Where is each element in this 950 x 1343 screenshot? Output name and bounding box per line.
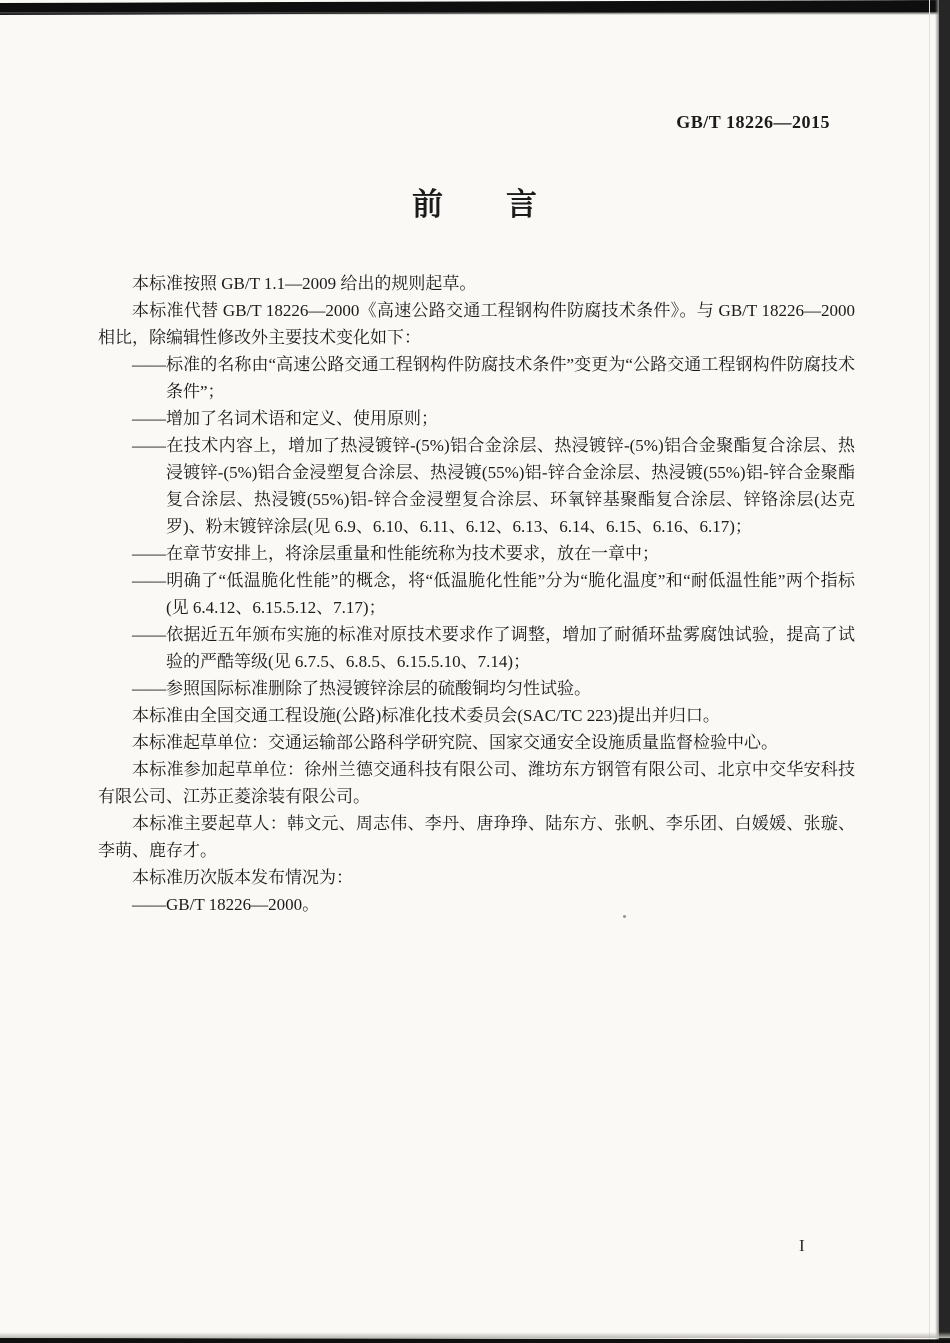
foreword-list-item: ——标准的名称由“高速公路交通工程钢构件防腐技术条件”变更为“公路交通工程钢构件… — [166, 351, 855, 405]
scan-edge-bottom-shadow — [0, 1332, 950, 1338]
foreword-paragraph: 本标准按照 GB/T 1.1—2009 给出的规则起草。 — [98, 270, 855, 297]
foreword-body: 本标准按照 GB/T 1.1—2009 给出的规则起草。本标准代替 GB/T 1… — [0, 270, 950, 918]
page-title-char-1: 前 — [412, 187, 444, 222]
foreword-paragraph: 本标准参加起草单位：徐州兰德交通科技有限公司、潍坊东方钢管有限公司、北京中交华安… — [98, 756, 855, 810]
standard-code: GB/T 18226—2015 — [0, 0, 950, 133]
foreword-list-item: ——在技术内容上，增加了热浸镀锌-(5%)铝合金涂层、热浸镀锌-(5%)铝合金聚… — [166, 432, 855, 540]
foreword-list-item: ——参照国际标准删除了热浸镀锌涂层的硫酸铜均匀性试验。 — [166, 675, 855, 702]
foreword-list-item: ——GB/T 18226—2000。 — [166, 891, 855, 918]
page-title: 前言 — [0, 179, 950, 224]
scan-edge-top-shadow — [0, 12, 950, 15]
foreword-paragraph: 本标准历次版本发布情况为： — [98, 864, 855, 891]
foreword-list-item: ——在章节安排上，将涂层重量和性能统称为技术要求，放在一章中； — [166, 540, 855, 567]
foreword-list-item: ——增加了名词术语和定义、使用原则； — [166, 405, 855, 432]
foreword-paragraph: 本标准起草单位：交通运输部公路科学研究院、国家交通安全设施质量监督检验中心。 — [98, 729, 855, 756]
document-page: GB/T 18226—2015 前言 本标准按照 GB/T 1.1—2009 给… — [0, 0, 950, 1343]
scan-artifact-speck — [133, 309, 135, 311]
foreword-paragraph: 本标准主要起草人：韩文元、周志伟、李丹、唐琤琤、陆东方、张帆、李乐团、白媛媛、张… — [98, 810, 855, 864]
foreword-paragraph: 本标准代替 GB/T 18226—2000《高速公路交通工程钢构件防腐技术条件》… — [98, 297, 855, 351]
foreword-list-item: ——依据近五年颁布实施的标准对原技术要求作了调整，增加了耐循环盐雾腐蚀试验，提高… — [166, 621, 855, 675]
foreword-paragraph: 本标准由全国交通工程设施(公路)标准化技术委员会(SAC/TC 223)提出并归… — [98, 702, 855, 729]
foreword-list-item: ——明确了“低温脆化性能”的概念，将“低温脆化性能”分为“脆化温度”和“耐低温性… — [166, 567, 855, 621]
page-title-char-2: 言 — [506, 187, 538, 222]
scan-artifact-speck — [623, 915, 626, 918]
scan-edge-right — [939, 0, 950, 1343]
scan-crease-right — [929, 0, 930, 1343]
scan-edge-bottom — [0, 1338, 950, 1343]
page-number: I — [799, 1236, 805, 1256]
